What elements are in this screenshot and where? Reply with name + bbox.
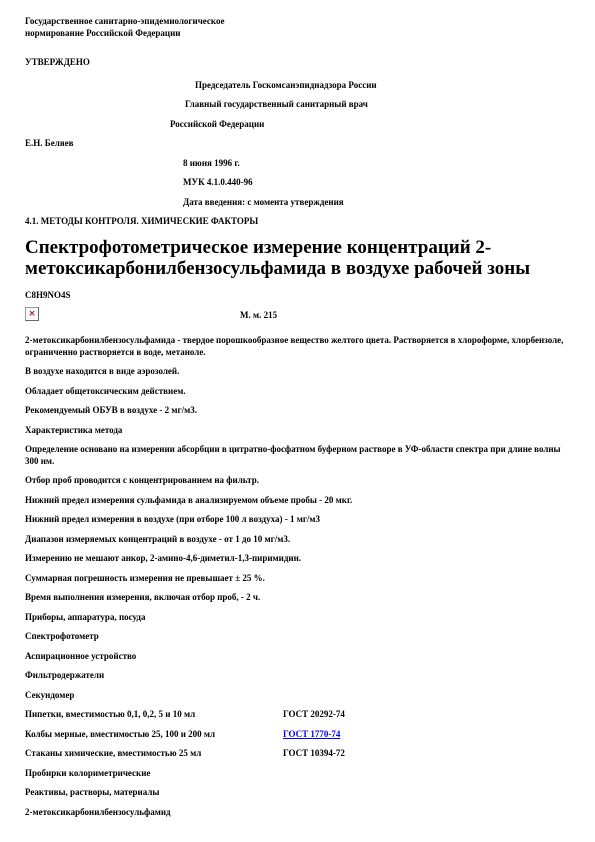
page-title: Спектрофотометрическое измерение концент…	[25, 237, 570, 279]
item-spectrophotometer: Спектрофотометр	[25, 631, 570, 643]
broken-image-icon: ×	[25, 307, 39, 321]
equipment-row-flasks: Колбы мерные, вместимостью 25, 100 и 200…	[25, 729, 570, 741]
paragraph-lower-limit-sample: Нижний предел измерения сульфамида в ана…	[25, 495, 570, 507]
document-number: МУК 4.1.0.440-96	[183, 177, 570, 189]
item-test-tubes: Пробирки колориметрические	[25, 768, 570, 780]
paragraph-interference: Измерению не мешают анкор, 2-амино-4,6-д…	[25, 553, 570, 565]
approval-date: 8 июня 1996 г.	[183, 158, 570, 170]
approver-title-line-1: Председатель Госкомсанэпиднадзора России	[195, 80, 570, 92]
paragraph-time: Время выполнения измерения, включая отбо…	[25, 592, 570, 604]
item-filter-holders: Фильтродержатели	[25, 670, 570, 682]
paragraph-obuv: Рекомендуемый ОБУВ в воздухе - 2 мг/м3.	[25, 405, 570, 417]
paragraph-sampling: Отбор проб проводится с концентрирование…	[25, 475, 570, 487]
approver-name: Е.Н. Беляев	[25, 138, 570, 150]
item-stopwatch: Секундомер	[25, 690, 570, 702]
equipment-row-pipettes: Пипетки, вместимостью 0,1, 0,2, 5 и 10 м…	[25, 709, 570, 721]
paragraph-determination: Определение основано на измерении абсорб…	[25, 444, 570, 467]
section-heading: 4.1. МЕТОДЫ КОНТРОЛЯ. ХИМИЧЕСКИЕ ФАКТОРЫ	[25, 216, 570, 228]
paragraph-aerosol: В воздухе находится в виде аэрозолей.	[25, 366, 570, 378]
paragraph-range: Диапазон измеряемых концентраций в возду…	[25, 534, 570, 546]
item-aspirator: Аспирационное устройство	[25, 651, 570, 663]
effective-date-note: Дата введения: с момента утверждения	[183, 197, 570, 209]
document-page: Государственное санитарно-эпидемиологиче…	[0, 0, 595, 842]
gost-10394-label: ГОСТ 10394-72	[283, 748, 345, 760]
header-line-2: нормирование Российской Федерации	[25, 28, 345, 40]
paragraph-toxicity: Обладает общетоксическим действием.	[25, 386, 570, 398]
approver-title-line-3: Российской Федерации	[170, 119, 570, 131]
gost-1770-link[interactable]: ГОСТ 1770-74	[283, 729, 340, 741]
gost-20292-label: ГОСТ 20292-74	[283, 709, 345, 721]
structure-image-row: × М. м. 215	[25, 307, 570, 323]
heading-method-characteristic: Характеристика метода	[25, 425, 570, 437]
equipment-item-label: Колбы мерные, вместимостью 25, 100 и 200…	[25, 729, 283, 741]
paragraph-lower-limit-air: Нижний предел измерения в воздухе (при о…	[25, 514, 570, 526]
equipment-row-beakers: Стаканы химические, вместимостью 25 мл Г…	[25, 748, 570, 760]
document-header: Государственное санитарно-эпидемиологиче…	[25, 16, 345, 39]
paragraph-substance-description: 2-метоксикарбонилбензосульфамида - тверд…	[25, 335, 570, 358]
molar-mass-label: М. м. 215	[240, 310, 277, 322]
header-line-1: Государственное санитарно-эпидемиологиче…	[25, 16, 345, 28]
heading-devices: Приборы, аппаратура, посуда	[25, 612, 570, 624]
approved-label: УТВЕРЖДЕНО	[25, 57, 570, 69]
paragraph-error: Суммарная погрешность измерения не превы…	[25, 573, 570, 585]
equipment-item-label: Стаканы химические, вместимостью 25 мл	[25, 748, 283, 760]
item-substance: 2-метоксикарбонилбензосульфамид	[25, 807, 570, 819]
heading-reagents: Реактивы, растворы, материалы	[25, 787, 570, 799]
equipment-item-label: Пипетки, вместимостью 0,1, 0,2, 5 и 10 м…	[25, 709, 283, 721]
approver-title-line-2: Главный государственный санитарный врач	[185, 99, 570, 111]
chemical-formula: C8H9NO4S	[25, 290, 570, 302]
